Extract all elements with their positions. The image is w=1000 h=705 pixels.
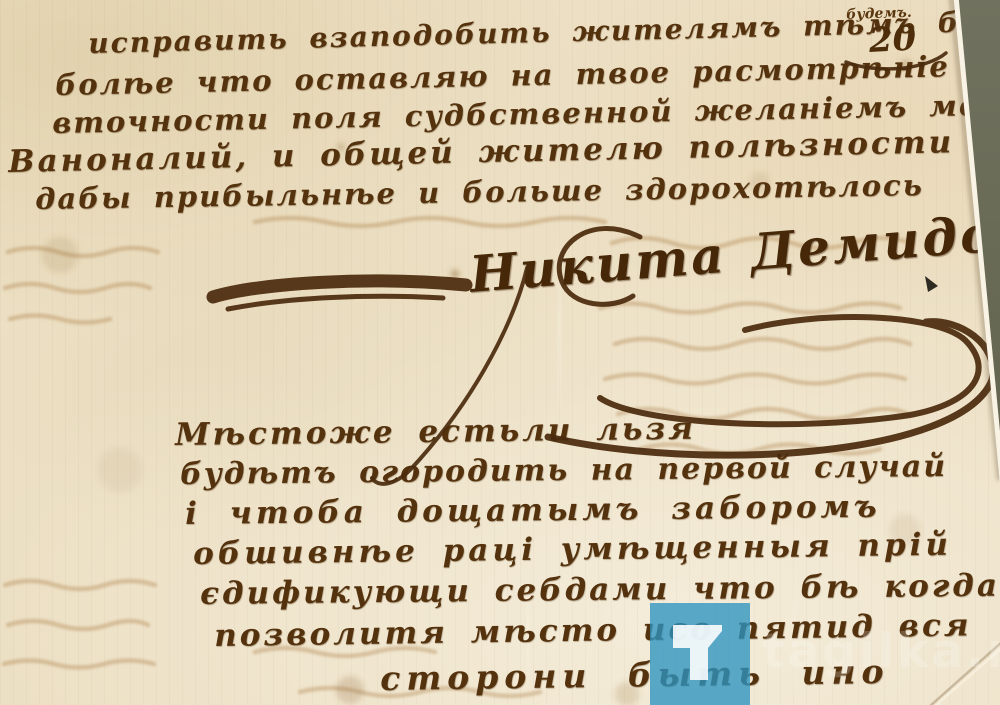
manuscript-line: єдификующи себдами что бѣ когда — [200, 571, 1000, 610]
manuscript-line: і чтоба дощатымъ заборомъ — [185, 492, 881, 530]
watermark-site-text: tagilka.ru — [762, 628, 1000, 675]
manuscript-photo: исправить взаподобить жителямъ тѣмъ б ме… — [0, 0, 1000, 705]
manuscript-line: обшивнѣе раці умѣщенныя прій — [193, 530, 952, 570]
watermark-logo: T — [650, 603, 750, 705]
watermark-t-icon — [650, 603, 750, 705]
manuscript-line: Мѣстоже естьли льзя — [175, 414, 696, 451]
manuscript-line: будѣтъ огородить на первой случай — [180, 452, 947, 490]
